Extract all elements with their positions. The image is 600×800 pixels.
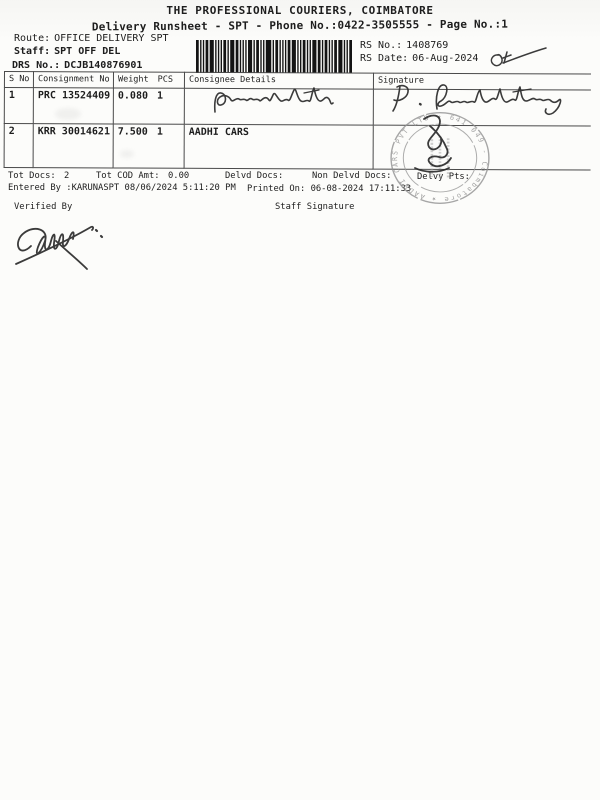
route-value: OFFICE DELIVERY SPT — [54, 33, 168, 44]
delvd-docs-label: Delvd Docs: — [225, 171, 283, 181]
cell-s-no: 1 — [4, 88, 33, 124]
tot-cod-value: 0.00 — [168, 171, 189, 181]
cell-weight-pcs: 7.5001 — [113, 124, 184, 168]
route-line: Route:OFFICE DELIVERY SPT — [14, 33, 173, 44]
header-consignee-details: Consignee Details — [184, 72, 373, 89]
header-signature: Signature — [373, 73, 590, 90]
header-pcs: PCS — [158, 75, 173, 85]
tot-docs-label: Tot Docs: — [8, 171, 56, 181]
cell-pcs: 1 — [157, 127, 163, 138]
header-consignment-no: Consignment No — [33, 72, 113, 88]
cell-consignee-handwritten-area — [184, 88, 373, 125]
cell-consignee: AADHI CARS — [184, 124, 373, 169]
cell-pcs: 1 — [157, 91, 163, 102]
cell-weight: 0.080 — [118, 90, 148, 101]
drs-value: DCJB140876901 — [64, 60, 142, 71]
handwritten-ok-mark — [491, 48, 546, 66]
drs-label: DRS No.: — [12, 60, 60, 71]
entered-by-value: KARUNASPT 08/06/2024 5:11:20 PM — [72, 183, 236, 193]
cell-weight-pcs: 0.0801 — [113, 88, 184, 124]
header-s-no: S No — [4, 72, 33, 88]
rs-no-label: RS No.: — [360, 40, 402, 51]
stamp-inner-fine-print — [432, 136, 448, 179]
aadhi-cars-rubber-stamp: AADHI CARS PVT LTD ★ 641 049 - Coimbator… — [386, 108, 494, 208]
entered-by-label: Entered By : — [8, 183, 72, 193]
verified-by-label: Verified By — [14, 202, 72, 212]
page-title: THE PROFESSIONAL COURIERS, COIMBATORE — [0, 4, 600, 17]
page-subtitle: Delivery Runsheet - SPT - Phone No.:0422… — [0, 17, 600, 34]
tot-cod-label: Tot COD Amt: — [96, 171, 160, 181]
tot-docs-value: 2 — [64, 171, 69, 181]
staff-value: SPT OFF DEL — [54, 46, 120, 57]
header-weight-pcs: WeightPCS — [113, 72, 184, 88]
non-delvd-docs-label: Non Delvd Docs: — [312, 171, 391, 181]
table-row: 2 KRR 30014621 7.5001 AADHI CARS — [4, 124, 590, 171]
header-weight: Weight — [118, 74, 149, 84]
cell-consignment-no: KRR 30014621 — [33, 124, 113, 168]
rs-date-label: RS Date: — [360, 53, 408, 64]
printed-on-label: Printed On: — [247, 184, 305, 194]
drs-line: DRS No.:DCJB140876901 — [12, 60, 146, 71]
table-row: 1 PRC 13524409 0.0801 — [4, 88, 590, 127]
cell-consignment-no: PRC 13524409 — [33, 88, 113, 124]
cell-s-no: 2 — [4, 124, 33, 168]
entered-by-line: Entered By :KARUNASPT 08/06/2024 5:11:20… — [8, 183, 236, 193]
barcode — [196, 40, 352, 73]
staff-signature-label: Staff Signature — [275, 202, 354, 212]
consignment-table: S No Consignment No WeightPCS Consignee … — [4, 71, 591, 171]
staff-line: Staff:SPT OFF DEL — [14, 46, 124, 57]
rs-no-line: RS No.:1408769 — [360, 40, 452, 51]
rs-no-value: 1408769 — [406, 40, 448, 51]
runsheet-document: THE PROFESSIONAL COURIERS, COIMBATORE De… — [0, 0, 600, 800]
handwritten-verified-signature — [16, 227, 102, 269]
rs-date-value: 06-Aug-2024 — [412, 53, 478, 64]
cell-weight: 7.500 — [118, 126, 148, 137]
rs-date-line: RS Date:06-Aug-2024 — [360, 53, 482, 64]
staff-label: Staff: — [14, 46, 50, 57]
route-label: Route: — [14, 33, 50, 44]
